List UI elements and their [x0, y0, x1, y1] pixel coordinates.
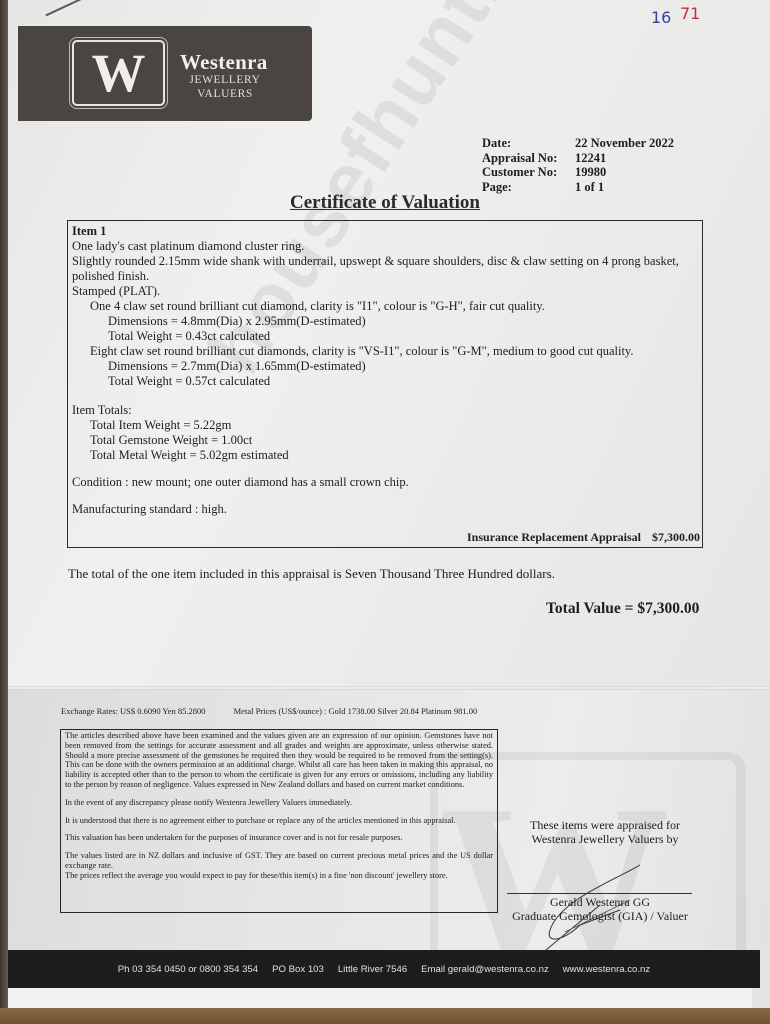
item-description-box: Item 1 One lady's cast platinum diamond … — [67, 220, 703, 548]
brand-subtitle-line1: JEWELLERY — [180, 73, 270, 87]
meta-label: Customer No: — [482, 165, 575, 180]
item-details: Slightly rounded 2.15mm wide shank with … — [72, 254, 698, 284]
total-summary-text: The total of the one item included in th… — [68, 566, 555, 582]
insurance-appraisal: Insurance Replacement Appraisal $7,300.0… — [467, 530, 700, 545]
meta-label: Page: — [482, 180, 575, 195]
meta-row-date: Date: 22 November 2022 — [482, 136, 674, 151]
rates-line: Exchange Rates: US$ 0.6090 Yen 85.2800 M… — [61, 706, 506, 716]
handwritten-note-red: 71 — [680, 4, 700, 23]
meta-value: 19980 — [575, 165, 606, 180]
logo-w-icon: W — [92, 46, 146, 100]
meta-value: 12241 — [575, 151, 606, 166]
brand-name: Westenra — [180, 50, 268, 75]
signer-role: Graduate Gemologist (GIA) / Valuer — [505, 909, 695, 923]
item-totals-heading: Item Totals: — [72, 403, 698, 418]
item-heading: Item 1 — [72, 224, 698, 239]
disclaimer-paragraph: In the event of any discrepancy please n… — [65, 798, 493, 808]
certificate-meta: Date: 22 November 2022 Appraisal No: 122… — [482, 136, 674, 194]
total-value: Total Value = $7,300.00 — [546, 600, 699, 618]
exchange-rates: Exchange Rates: US$ 0.6090 Yen 85.2800 — [61, 706, 206, 716]
stone-2-weight: Total Weight = 0.57ct calculated — [72, 374, 698, 389]
item-description: One lady's cast platinum diamond cluster… — [72, 239, 698, 254]
footer-po-box: PO Box 103 — [272, 964, 324, 975]
disclaimer-paragraph: The articles described above have been e… — [65, 731, 493, 790]
insurance-label: Insurance Replacement Appraisal — [467, 530, 641, 544]
paper-bottom-strip — [8, 988, 752, 1008]
metal-total-weight: Total Metal Weight = 5.02gm estimated — [72, 448, 698, 463]
footer-phone: Ph 03 354 0450 or 0800 354 354 — [118, 964, 258, 975]
item-manufacturing: Manufacturing standard : high. — [72, 502, 698, 517]
brand-subtitle-line2: VALUERS — [180, 87, 270, 101]
gemstone-total-weight: Total Gemstone Weight = 1.00ct — [72, 433, 698, 448]
stone-1-weight: Total Weight = 0.43ct calculated — [72, 329, 698, 344]
item-stamp: Stamped (PLAT). — [72, 284, 698, 299]
meta-value: 1 of 1 — [575, 180, 604, 195]
stone-2-summary: Eight claw set round brilliant cut diamo… — [72, 344, 698, 359]
meta-row-page: Page: 1 of 1 — [482, 180, 674, 195]
handwritten-note-blue: 16 — [651, 8, 671, 27]
item-total-weight: Total Item Weight = 5.22gm — [72, 418, 698, 433]
brand-subtitle: JEWELLERY VALUERS — [180, 73, 270, 101]
insurance-value: $7,300.00 — [652, 530, 700, 544]
brand-logo: W — [72, 40, 165, 106]
disclaimer-paragraph: The prices reflect the average you would… — [65, 871, 493, 881]
appraiser-statement-line1: These items were appraised for — [505, 818, 705, 832]
meta-value: 22 November 2022 — [575, 136, 674, 151]
metal-prices: Metal Prices (US$/ounce) : Gold 1738.00 … — [234, 706, 478, 716]
signer-name: Gerald Westenra GG — [505, 895, 695, 909]
contact-footer: Ph 03 354 0450 or 0800 354 354 PO Box 10… — [8, 950, 760, 988]
certificate-title: Certificate of Valuation — [290, 192, 480, 214]
stone-1-summary: One 4 claw set round brilliant cut diamo… — [72, 299, 698, 314]
footer-locality: Little River 7546 — [338, 964, 407, 975]
stone-2-dimensions: Dimensions = 2.7mm(Dia) x 1.65mm(D-estim… — [72, 359, 698, 374]
disclaimer-paragraph: The values listed are in NZ dollars and … — [65, 851, 493, 871]
stone-1-dimensions: Dimensions = 4.8mm(Dia) x 2.95mm(D-estim… — [72, 314, 698, 329]
signature-line — [507, 893, 692, 894]
disclaimer-box: The articles described above have been e… — [60, 729, 498, 913]
paper-fold-crease — [8, 686, 770, 690]
disclaimer-paragraph: This valuation has been undertaken for t… — [65, 833, 493, 843]
meta-label: Date: — [482, 136, 575, 151]
item-condition: Condition : new mount; one outer diamond… — [72, 475, 698, 490]
meta-row-appraisal-no: Appraisal No: 12241 — [482, 151, 674, 166]
meta-label: Appraisal No: — [482, 151, 575, 166]
footer-website: www.westenra.co.nz — [563, 964, 650, 975]
signer-block: Gerald Westenra GG Graduate Gemologist (… — [505, 895, 695, 923]
meta-row-customer-no: Customer No: 19980 — [482, 165, 674, 180]
appraiser-statement: These items were appraised for Westenra … — [505, 818, 705, 846]
appraiser-statement-line2: Westenra Jewellery Valuers by — [505, 832, 705, 846]
footer-email: Email gerald@westenra.co.nz — [421, 964, 549, 975]
disclaimer-paragraph: It is understood that there is no agreem… — [65, 816, 493, 826]
